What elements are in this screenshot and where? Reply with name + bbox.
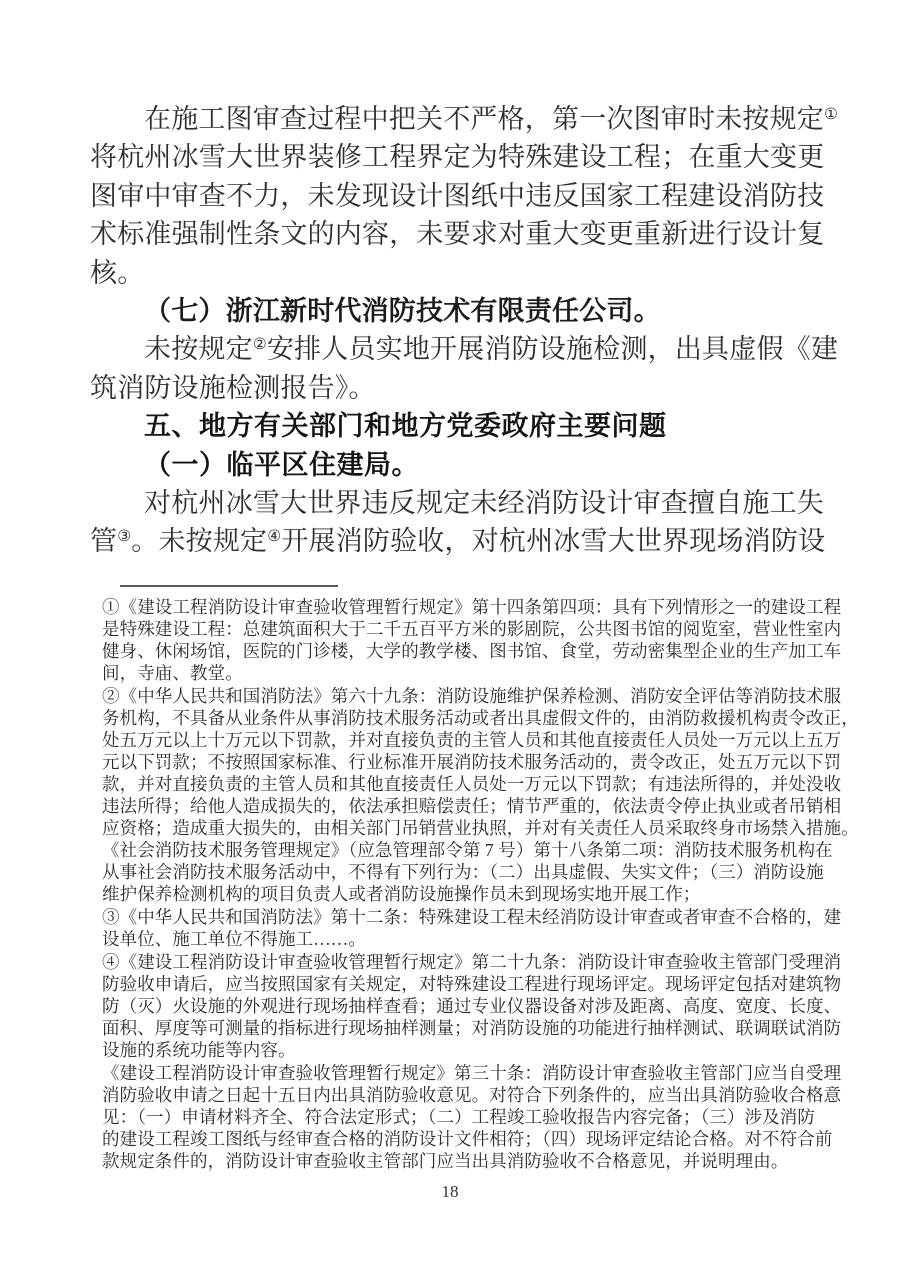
footnote-line: 是特殊建设工程：总建筑面积大于二千五百平方米的影剧院，公共图书馆的阅览室，营业性… bbox=[102, 618, 842, 640]
body-line: 核。 bbox=[90, 254, 830, 292]
footnote-line: 应资格；造成重大损失的，由相关部门吊销营业执照，并对有关责任人员采取终身市场禁入… bbox=[102, 817, 842, 839]
body-line: 筑消防设施检测报告》。 bbox=[90, 369, 830, 407]
footnote-item: ③《中华人民共和国消防法》第十二条：特殊建设工程未经消防设计审查或者审查不合格的… bbox=[102, 906, 842, 950]
footnote-line: ②《中华人民共和国消防法》第六十九条：消防设施维护保养检测、消防安全评估等消防技… bbox=[102, 685, 842, 707]
footnote-line: 见：（一）申请材料齐全、符合法定形式；（二）工程竣工验收报告内容完备；（三）涉及… bbox=[102, 1106, 842, 1128]
footnote-line: 的建设工程竣工图纸与经审查合格的消防设计文件相符；（四）现场评定结论合格。对不符… bbox=[102, 1128, 842, 1150]
footnote-item: 《建设工程消防设计审查验收管理暂行规定》第三十条：消防设计审查验收主管部门应当自… bbox=[102, 1062, 842, 1172]
footnote-line: 面积、厚度等可测量的指标进行现场抽样测量；对消防设施的功能进行抽样测试、联调联试… bbox=[102, 1017, 842, 1039]
body-line: 在施工图审查过程中把关不严格，第一次图审时未按规定① bbox=[90, 100, 830, 138]
body-line: 管③。未按规定④开展消防验收，对杭州冰雪大世界现场消防设 bbox=[90, 522, 830, 560]
footnote-line: 处五万元以上十万元以下罚款，并对直接负责的主管人员和其他直接责任人员处一万元以上… bbox=[102, 729, 842, 751]
footnote-line: 设施的系统功能等内容。 bbox=[102, 1039, 842, 1061]
footnote-line: 间，寺庙、教堂。 bbox=[102, 662, 842, 684]
document-page: 在施工图审查过程中把关不严格，第一次图审时未按规定①将杭州冰雪大世界装修工程界定… bbox=[0, 0, 900, 1273]
footnote-item: ②《中华人民共和国消防法》第六十九条：消防设施维护保养检测、消防安全评估等消防技… bbox=[102, 685, 842, 905]
body-line: （七）浙江新时代消防技术有限责任公司。 bbox=[90, 292, 830, 330]
body-line: 图审中审查不力，未发现设计图纸中违反国家工程建设消防技 bbox=[90, 177, 830, 215]
body-line: 将杭州冰雪大世界装修工程界定为特殊建设工程；在重大变更 bbox=[90, 138, 830, 176]
footnote-line: 违法所得；给他人造成损失的，依法承担赔偿责任；情节严重的，依法责令停止执业或者吊… bbox=[102, 795, 842, 817]
footnote-line: 防验收申请后，应当按照国家有关规定，对特殊建设工程进行现场评定。现场评定包括对建… bbox=[102, 973, 842, 995]
body-line: 五、地方有关部门和地方党委政府主要问题 bbox=[90, 407, 830, 445]
body-line: 未按规定②安排人员实地开展消防设施检测，出具虚假《建 bbox=[90, 330, 830, 368]
footnote-separator bbox=[120, 585, 338, 587]
page-number: 18 bbox=[0, 1182, 900, 1202]
footnote-line: 健身、休闲场馆，医院的门诊楼，大学的教学楼、图书馆、食堂，劳动密集型企业的生产加… bbox=[102, 640, 842, 662]
footnote-line: 从事社会消防技术服务活动中，不得有下列行为：（二）出具虚假、失实文件；（三）消防… bbox=[102, 861, 842, 883]
body-line: 对杭州冰雪大世界违反规定未经消防设计审查擅自施工失 bbox=[90, 484, 830, 522]
footnotes: ①《建设工程消防设计审查验收管理暂行规定》第十四条第四项：具有下列情形之一的建设… bbox=[102, 596, 842, 1173]
footnote-line: ④《建设工程消防设计审查验收管理暂行规定》第二十九条：消防设计审查验收主管部门受… bbox=[102, 951, 842, 973]
footnote-line: 款，并对直接负责的主管人员和其他直接责任人员处一万元以下罚款；有违法所得的，并处… bbox=[102, 773, 842, 795]
footnote-line: 《社会消防技术服务管理规定》（应急管理部令第 7 号）第十八条第二项：消防技术服… bbox=[102, 839, 842, 861]
body-line: 术标准强制性条文的内容，未要求对重大变更重新进行设计复 bbox=[90, 215, 830, 253]
footnote-line: 维护保养检测机构的项目负责人或者消防设施操作员未到现场实地开展工作； bbox=[102, 883, 842, 905]
footnote-line: 《建设工程消防设计审查验收管理暂行规定》第三十条：消防设计审查验收主管部门应当自… bbox=[102, 1062, 842, 1084]
footnote-line: ①《建设工程消防设计审查验收管理暂行规定》第十四条第四项：具有下列情形之一的建设… bbox=[102, 596, 842, 618]
footnote-line: 设单位、施工单位不得施工……。 bbox=[102, 928, 842, 950]
body-text: 在施工图审查过程中把关不严格，第一次图审时未按规定①将杭州冰雪大世界装修工程界定… bbox=[90, 100, 830, 561]
footnote-line: 款规定条件的，消防设计审查验收主管部门应当出具消防验收不合格意见，并说明理由。 bbox=[102, 1150, 842, 1172]
footnote-item: ④《建设工程消防设计审查验收管理暂行规定》第二十九条：消防设计审查验收主管部门受… bbox=[102, 951, 842, 1061]
footnote-line: 防（灭）火设施的外观进行现场抽样查看；通过专业仪器设备对涉及距离、高度、宽度、长… bbox=[102, 995, 842, 1017]
footnote-line: 元以下罚款；不按照国家标准、行业标准开展消防技术服务活动的，责令改正，处五万元以… bbox=[102, 751, 842, 773]
body-line: （一）临平区住建局。 bbox=[90, 446, 830, 484]
footnote-line: 务机构，不具备从业条件从事消防技术服务活动或者出具虚假文件的，由消防救援机构责令… bbox=[102, 707, 842, 729]
footnote-line: ③《中华人民共和国消防法》第十二条：特殊建设工程未经消防设计审查或者审查不合格的… bbox=[102, 906, 842, 928]
footnote-line: 消防验收申请之日起十五日内出具消防验收意见。对符合下列条件的，应当出具消防验收合… bbox=[102, 1084, 842, 1106]
footnote-item: ①《建设工程消防设计审查验收管理暂行规定》第十四条第四项：具有下列情形之一的建设… bbox=[102, 596, 842, 684]
